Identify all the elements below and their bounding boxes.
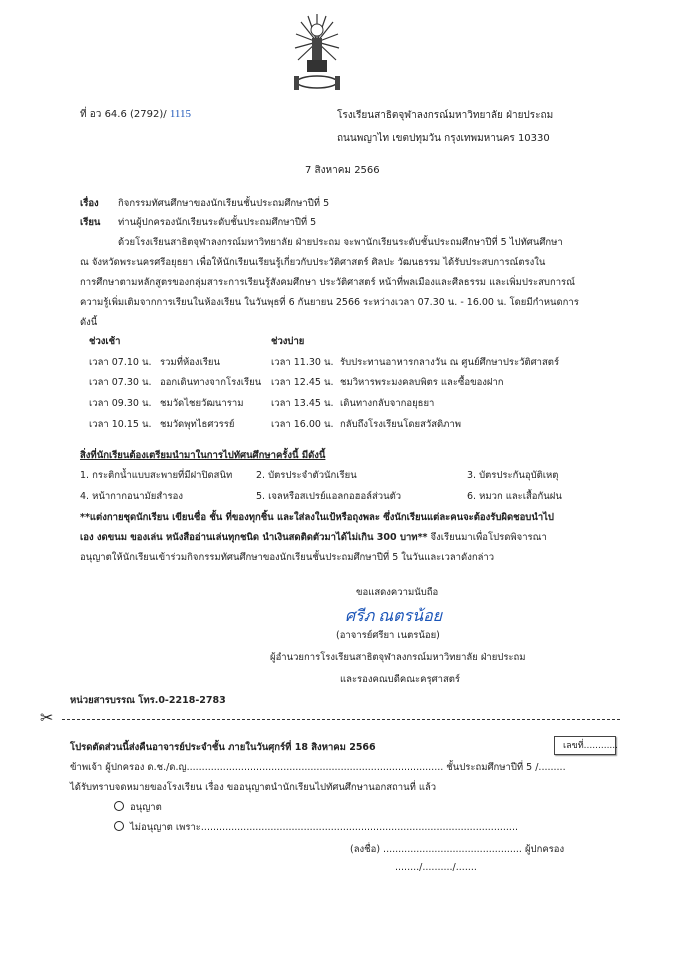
guardian-line[interactable]: ข้าพเจ้า ผู้ปกครอง ด.ช./ด.ญ.............… xyxy=(70,760,566,775)
cut-line: ✂ xyxy=(40,712,620,726)
schedule-time: เวลา 07.10 น. xyxy=(89,355,152,370)
schedule-activity: กลับถึงโรงเรียนโดยสวัสดิภาพ xyxy=(340,417,461,432)
dashed-divider xyxy=(62,719,620,720)
schedule-activity: รับประทานอาหารกลางวัน ณ ศูนย์ศึกษาประวัต… xyxy=(340,355,559,370)
recipient-text: ท่านผู้ปกครองนักเรียนระดับชั้นประถมศึกษา… xyxy=(118,215,316,230)
note-bold: เอง งดขนม ของเล่น หนังสืออ่านเล่นทุกชนิด… xyxy=(80,532,428,543)
signer-name: (อาจารย์ศรียา เนตรน้อย) xyxy=(336,628,440,643)
school-name: โรงเรียนสาธิตจุฬาลงกรณ์มหาวิทยาลัย ฝ่ายป… xyxy=(337,108,553,123)
closing-line: อนุญาตให้นักเรียนเข้าร่วมกิจกรรมทัศนศึกษ… xyxy=(80,550,494,565)
option-allow[interactable]: อนุญาต xyxy=(114,800,162,815)
schedule-activity: เดินทางกลับจากอยุธยา xyxy=(340,396,434,411)
reference-prefix: ที่ อว 64.6 (2792)/ xyxy=(80,109,167,120)
schedule-activity: ออกเดินทางจากโรงเรียน xyxy=(160,375,261,390)
note-line-2: เอง งดขนม ของเล่น หนังสืออ่านเล่นทุกชนิด… xyxy=(80,530,547,545)
body-line: การศึกษาตามหลักสูตรของกลุ่มสาระการเรียนร… xyxy=(80,275,575,290)
school-emblem-logo xyxy=(293,2,341,98)
note-line: **แต่งกายชุดนักเรียน เขียนชื่อ ชั้น ที่ข… xyxy=(80,510,554,525)
schedule-time: เวลา 16.00 น. xyxy=(271,417,334,432)
acknowledge-line: ได้รับทราบจดหมายของโรงเรียน เรื่อง ขออนุ… xyxy=(70,780,436,795)
school-address: ถนนพญาไท เขตปทุมวัน กรุงเทพมหานคร 10330 xyxy=(337,131,550,146)
items-heading: สิ่งที่นักเรียนต้องเตรียมนำมาในการไปทัศน… xyxy=(80,448,325,463)
schedule-time: เวลา 09.30 น. xyxy=(89,396,152,411)
radio-deny[interactable] xyxy=(114,821,124,831)
body-line: ณ จังหวัดพระนครศรีอยุธยา เพื่อให้นักเรีย… xyxy=(80,255,545,270)
schedule-activity: รวมที่ห้องเรียน xyxy=(160,355,220,370)
option-deny-label: ไม่อนุญาต เพราะ.........................… xyxy=(130,822,518,833)
student-number-box[interactable]: เลขที่............ xyxy=(554,736,616,755)
morning-heading: ช่วงเช้า xyxy=(89,334,120,349)
signer-title: ผู้อำนวยการโรงเรียนสาธิตจุฬาลงกรณ์มหาวิท… xyxy=(270,650,526,665)
body-line: ความรู้เพิ่มเติมจากการเรียนในห้องเรียน ใ… xyxy=(80,295,579,310)
body-line: ด้วยโรงเรียนสาธิตจุฬาลงกรณ์มหาวิทยาลัย ฝ… xyxy=(118,235,563,250)
schedule-time: เวลา 13.45 น. xyxy=(271,396,334,411)
subject-label: เรื่อง xyxy=(80,196,99,211)
handwritten-signature: ศรีภ ณตรน้อย xyxy=(345,604,442,629)
regards: ขอแสดงความนับถือ xyxy=(356,585,438,600)
item: 1. กระติกน้ำแบบสะพายที่มีฝาปิดสนิท xyxy=(80,468,232,483)
radio-allow[interactable] xyxy=(114,801,124,811)
guardian-signature-line[interactable]: (ลงชื่อ) ...............................… xyxy=(350,842,564,857)
option-deny[interactable]: ไม่อนุญาต เพราะ.........................… xyxy=(114,820,518,835)
recipient-label: เรียน xyxy=(80,215,100,230)
item: 2. บัตรประจำตัวนักเรียน xyxy=(256,468,357,483)
schedule-time: เวลา 12.45 น. xyxy=(271,375,334,390)
schedule-time: เวลา 10.15 น. xyxy=(89,417,152,432)
letter-date: 7 สิงหาคม 2566 xyxy=(305,163,380,178)
schedule-time: เวลา 07.30 น. xyxy=(89,375,152,390)
scissors-icon: ✂ xyxy=(40,708,53,727)
body-line: ดังนี้ xyxy=(80,315,97,330)
item: 3. บัตรประกันอุบัติเหตุ xyxy=(467,468,558,483)
note-tail: จึงเรียนมาเพื่อโปรดพิจารณา xyxy=(428,532,547,543)
reference-handwritten-number: 1115 xyxy=(170,108,191,120)
reference-number: ที่ อว 64.6 (2792)/ 1115 xyxy=(80,107,191,122)
item: 5. เจลหรือสเปรย์แอลกอฮอล์ส่วนตัว xyxy=(256,489,401,504)
reply-instruction: โปรดตัดส่วนนี้ส่งคืนอาจารย์ประจำชั้น ภาย… xyxy=(70,740,376,755)
option-allow-label: อนุญาต xyxy=(130,802,162,813)
schedule-time: เวลา 11.30 น. xyxy=(271,355,334,370)
reply-date-line[interactable]: ......../........../....... xyxy=(395,862,477,873)
subject-text: กิจกรรมทัศนศึกษาของนักเรียนชั้นประถมศึกษ… xyxy=(118,196,329,211)
schedule-activity: ชมวัดไชยวัฒนาราม xyxy=(160,396,243,411)
contact-info: หน่วยสารบรรณ โทร.0-2218-2783 xyxy=(70,693,226,708)
item: 6. หมวก และเสื้อกันฝน xyxy=(467,489,562,504)
item: 4. หน้ากากอนามัยสำรอง xyxy=(80,489,183,504)
schedule-activity: ชมวิหารพระมงคลบพิตร และซื้อของฝาก xyxy=(340,375,504,390)
schedule-activity: ชมวัดพุทไธศวรรย์ xyxy=(160,417,234,432)
afternoon-heading: ช่วงบ่าย xyxy=(271,334,304,349)
signer-title-2: และรองคณบดีคณะครุศาสตร์ xyxy=(340,672,460,687)
